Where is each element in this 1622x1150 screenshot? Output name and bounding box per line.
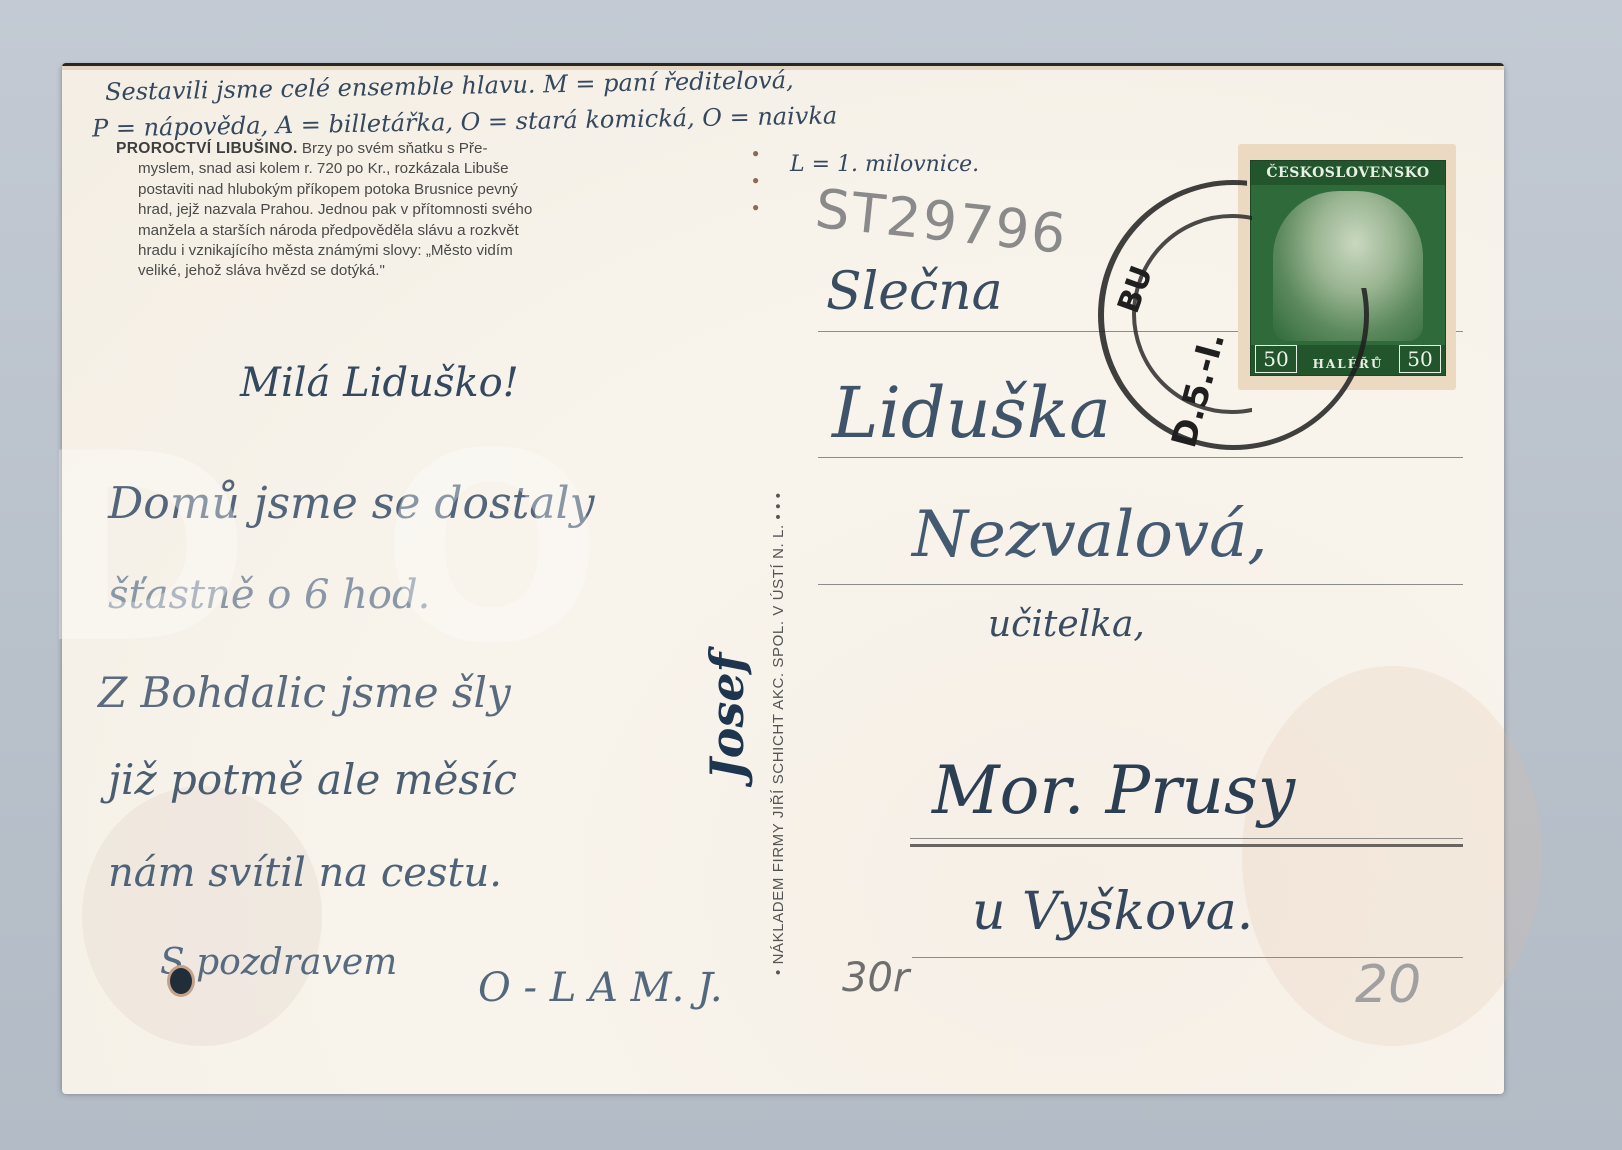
- legend-title: PROROCTVÍ LIBUŠINO.: [116, 140, 298, 157]
- stamp-country: ČESKOSLOVENSKO: [1251, 161, 1445, 185]
- legend-line: veliké, jehož sláva hvězd se dotýká.": [116, 261, 716, 281]
- address-surname: Nezvalová,: [912, 498, 1268, 572]
- closing: S pozdravem: [160, 942, 397, 983]
- message-line: již potmě ale měsíc: [108, 755, 517, 804]
- address-district: u Vyškova.: [972, 882, 1253, 942]
- divider-dots: ●●●: [752, 140, 759, 221]
- address-occupation: učitelka,: [988, 604, 1145, 645]
- legend-line: manžela a starších národa předpověděla s…: [116, 221, 716, 241]
- publisher-imprint: • NÁKLADEM FIRMY JIŘÍ SCHICHT AKC. SPOL.…: [770, 492, 787, 975]
- legend-line: postaviti nad hlubokým příkopem potoka B…: [116, 180, 716, 200]
- address-rule-double: [910, 844, 1463, 847]
- address-rule: [818, 584, 1463, 585]
- corner-mark: 20: [1355, 955, 1421, 1015]
- signature: O - L A M. J.: [478, 965, 723, 1011]
- address-rule: [818, 457, 1463, 458]
- legend-first-text: Brzy po svém sňatku s Pře-: [302, 140, 488, 157]
- message-line: nám svítil na cestu.: [108, 850, 502, 896]
- age-stain: [82, 786, 322, 1046]
- address-first-name: Liduška: [832, 372, 1111, 454]
- message-line: Domů jsme se dostaly: [108, 478, 594, 529]
- message-line: šťastně o 6 hod.: [108, 572, 430, 618]
- message-line: Z Bohdalic jsme šly: [98, 668, 511, 717]
- greeting: Milá Liduško!: [240, 360, 519, 406]
- stamp-value-right: 50: [1399, 345, 1441, 373]
- price-mark: 30r: [842, 955, 909, 1001]
- address-town: Mor. Prusy: [932, 752, 1295, 829]
- vertical-signature: Josef: [700, 653, 754, 780]
- legend-line: hrad, jejž nazvala Prahou. Jednou pak v …: [116, 200, 716, 220]
- address-rule: [910, 838, 1463, 839]
- legend-line: myslem, snad asi kolem r. 720 po Kr., ro…: [116, 159, 716, 179]
- address-salutation: Slečna: [826, 262, 1003, 322]
- legend-first-line: PROROCTVÍ LIBUŠINO. Brzy po svém sňatku …: [116, 139, 716, 159]
- ink-blot: [170, 968, 192, 994]
- note-line-3: L = 1. milovnice.: [790, 152, 979, 177]
- address-rule: [912, 957, 1463, 958]
- printed-legend: PROROCTVÍ LIBUŠINO. Brzy po svém sňatku …: [116, 139, 716, 282]
- legend-line: hradu i vznikajícího města známými slovy…: [116, 241, 716, 261]
